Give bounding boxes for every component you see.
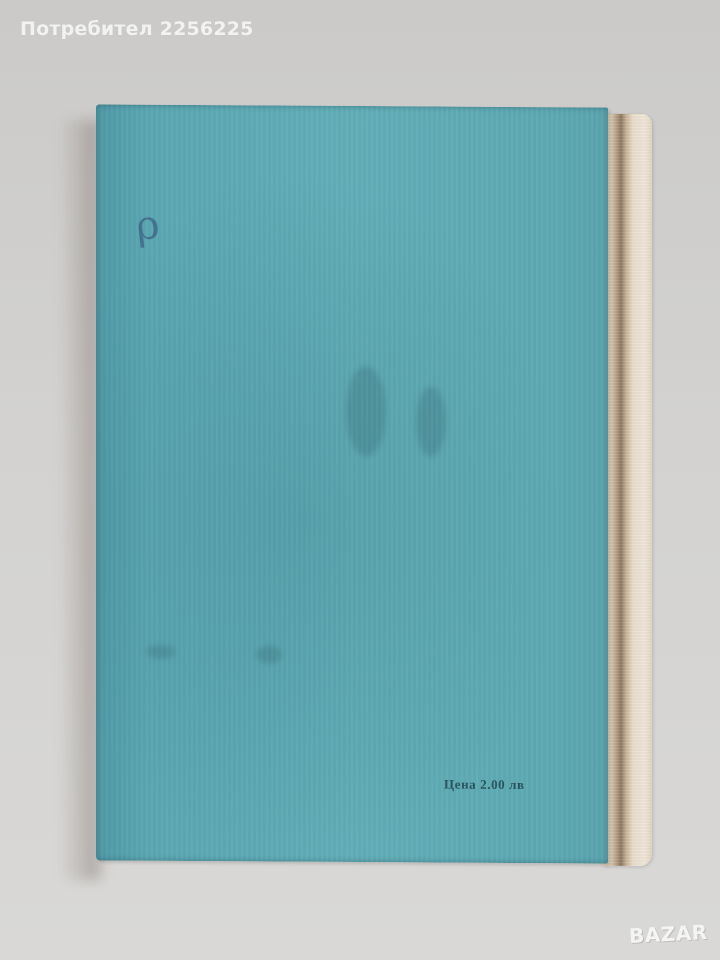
price-label: Цена 2.00 лв [444, 777, 525, 793]
book: ρ Цена 2.00 лв [96, 106, 656, 866]
cover-stain [146, 645, 176, 659]
user-watermark: Потребител 2256225 [20, 18, 254, 40]
book-back-cover: ρ Цена 2.00 лв [96, 104, 608, 863]
cover-stain [416, 386, 446, 456]
book-page-edges [602, 114, 652, 866]
handwritten-mark: ρ [134, 202, 162, 250]
cover-stain [346, 366, 386, 456]
bazar-logo: BAZAR [629, 920, 709, 948]
cover-stain [256, 645, 282, 663]
book-shadow [60, 120, 100, 880]
